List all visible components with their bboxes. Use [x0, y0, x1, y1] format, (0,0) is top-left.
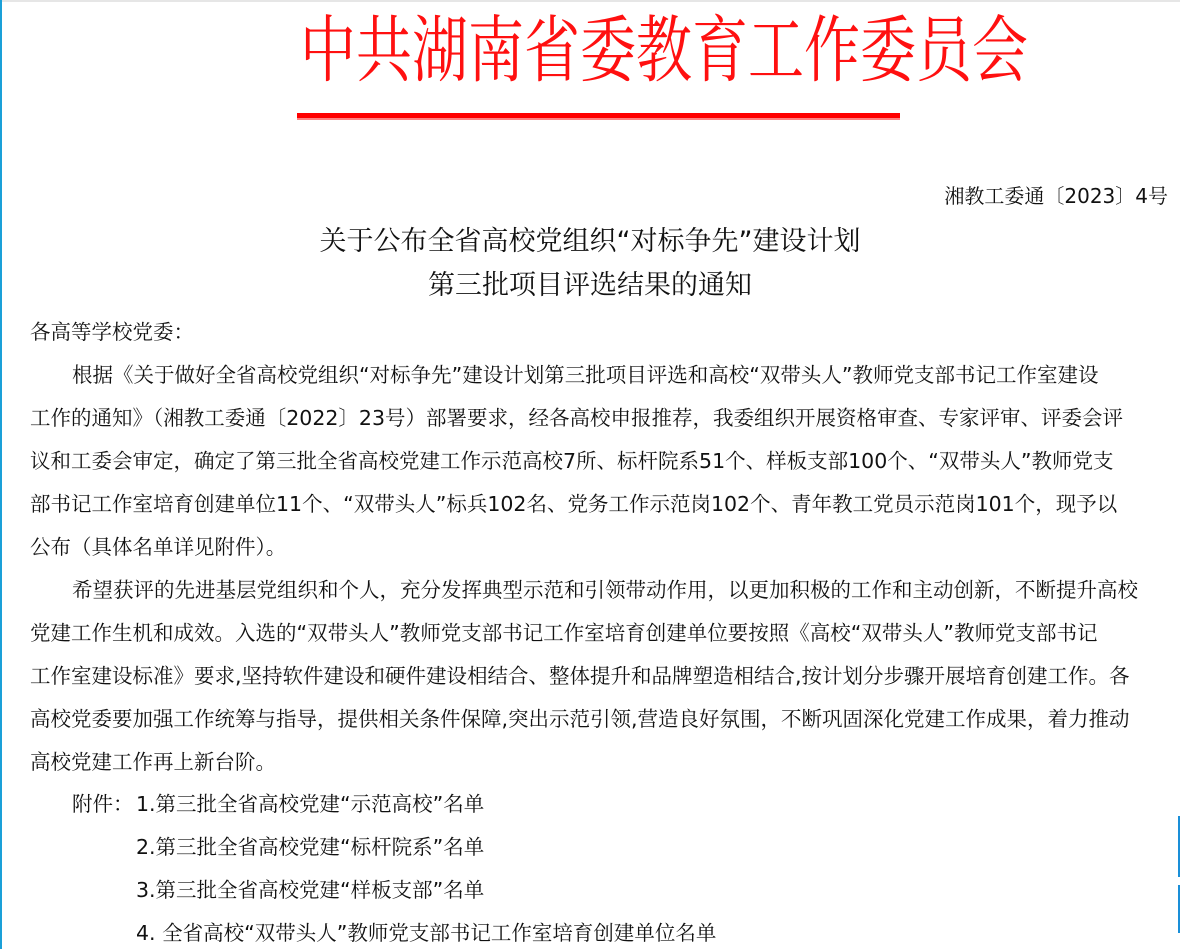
- attachment-item[interactable]: 1.第三批全省高校党建“示范高校”名单: [136, 783, 484, 826]
- left-border: [0, 0, 2, 949]
- red-header-rule: [297, 113, 900, 118]
- paragraph-line: 高校党建工作再上新台阶。: [30, 741, 276, 784]
- letterhead-char: 中: [300, 0, 356, 104]
- document-number: 湘教工委通〔2023〕4号: [944, 181, 1168, 211]
- paragraph-line: 工作室建设标准》要求,坚持软件建设和硬件建设相结合、整体提升和品牌塑造相结合,按…: [30, 655, 1130, 698]
- letterhead-char: 委: [860, 0, 916, 104]
- letterhead: 中 共 湖 南 省 委 教 育 工 作 委 员 会: [300, 12, 900, 92]
- attachment-item[interactable]: 4. 全省高校“双带头人”教师党支部书记工作室培育创建单位名单: [136, 912, 716, 949]
- document-title-line-2: 第三批项目评选结果的通知: [0, 266, 1180, 306]
- attachments-label: 附件：: [72, 783, 134, 826]
- letterhead-char: 工: [748, 0, 804, 104]
- paragraph-line: 根据《关于做好全省高校党组织“对标争先”建设计划第三批项目评选和高校“双带头人”…: [72, 354, 1098, 397]
- paragraph-line: 工作的通知》（湘教工委通〔2022〕23号）部署要求，经各高校申报推荐，我委组织…: [30, 397, 1123, 440]
- attachment-item[interactable]: 2.第三批全省高校党建“标杆院系”名单: [136, 826, 484, 869]
- letterhead-char: 共: [356, 0, 412, 104]
- letterhead-char: 南: [468, 0, 524, 104]
- letterhead-char: 委: [580, 0, 636, 104]
- paragraph-line: 部书记工作室培育创建单位11个、“双带头人”标兵102名、党务工作示范岗102个…: [30, 483, 1117, 526]
- letterhead-char: 教: [636, 0, 692, 104]
- paragraph-line: 高校党委要加强工作统筹与指导，提供相关条件保障,突出示范引领,营造良好氛围，不断…: [30, 698, 1130, 741]
- paragraph-line: 议和工委会审定，确定了第三批全省高校党建工作示范高校7所、标杆院系51个、样板支…: [30, 440, 1114, 483]
- letterhead-char: 育: [692, 0, 748, 104]
- paragraph-line: 公布（具体名单详见附件）。: [30, 526, 286, 569]
- letterhead-char: 会: [972, 0, 1028, 104]
- salutation: 各高等学校党委：: [30, 311, 194, 354]
- document-title-line-1: 关于公布全省高校党组织“对标争先”建设计划: [0, 222, 1180, 262]
- attachment-item[interactable]: 3.第三批全省高校党建“样板支部”名单: [136, 869, 484, 912]
- letterhead-char: 作: [804, 0, 860, 104]
- paragraph-line: 党建工作生机和成效。入选的“双带头人”教师党支部书记工作室培育创建单位要按照《高…: [30, 612, 1097, 655]
- paragraph-line: 希望获评的先进基层党组织和个人，充分发挥典型示范和引领带动作用，以更加积极的工作…: [72, 569, 1138, 612]
- letterhead-char: 湖: [412, 0, 468, 104]
- letterhead-char: 员: [916, 0, 972, 104]
- letterhead-char: 省: [524, 0, 580, 104]
